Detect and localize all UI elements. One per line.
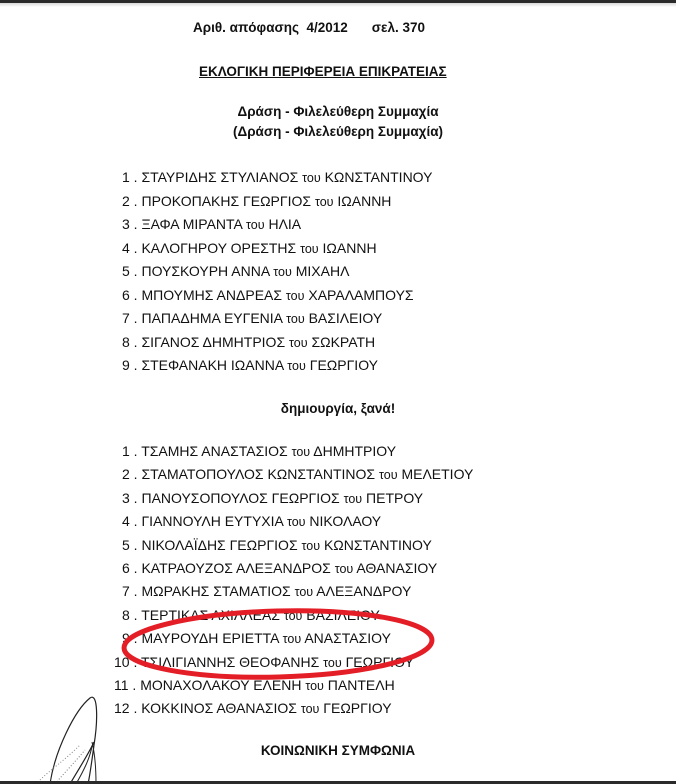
candidate-father-name: ΑΛΕΞΑΝΔΡΟΥ	[316, 583, 411, 599]
candidate-of: του	[302, 539, 321, 553]
candidate-name: ΣΤΕΦΑΝΑΚΗ ΙΩΑΝΝΑ	[141, 357, 283, 373]
candidate-of: του	[315, 195, 334, 209]
candidate-number: 7	[122, 310, 130, 326]
candidate-of: του	[305, 679, 324, 693]
page-number: σελ. 370	[372, 20, 425, 35]
candidate-item: 3 . ΞΑΦΑ ΜΙΡΑΝΤΑ του ΗΛΙΑ	[122, 216, 301, 233]
decision-number: Αριθ. απόφασης 4/2012	[193, 20, 348, 35]
candidate-item: 10 . ΤΣΙΛΙΓΙΑΝΝΗΣ ΘΕΟΦΑΝΗΣ του ΓΕΩΡΓΙΟΥ	[114, 654, 414, 671]
candidate-number: 6	[122, 287, 130, 303]
candidate-of: του	[286, 312, 305, 326]
party-title-2: δημιουργία, ξανά!	[0, 401, 676, 416]
candidate-item: 5 . ΝΙΚΟΛΑΪΔΗΣ ΓΕΩΡΓΙΟΣ του ΚΩΝΣΤΑΝΤΙΝΟΥ	[122, 537, 432, 554]
candidate-father-name: ΚΩΝΣΤΑΝΤΙΝΟΥ	[325, 169, 433, 185]
candidate-father-name: ΔΗΜΗΤΡΙΟΥ	[313, 443, 396, 459]
candidate-name: ΓΙΑΝΝΟΥΛΗ ΕΥΤΥΧΙΑ	[141, 513, 283, 529]
candidate-item: 4 . ΓΙΑΝΝΟΥΛΗ ΕΥΤΥΧΙΑ του ΝΙΚΟΛΑΟΥ	[122, 513, 381, 530]
candidate-number: 2	[122, 466, 130, 482]
candidate-number: 8	[122, 334, 130, 350]
candidate-number: 10	[114, 654, 130, 670]
candidate-item: 7 . ΠΑΠΑΔΗΜΑ ΕΥΓΕΝΙΑ του ΒΑΣΙΛΕΙΟΥ	[122, 310, 382, 327]
candidate-name: ΝΙΚΟΛΑΪΔΗΣ ΓΕΩΡΓΙΟΣ	[141, 537, 297, 553]
page-top-shadow	[0, 3, 676, 7]
candidate-father-name: ΜΕΛΕΤΙΟΥ	[401, 466, 473, 482]
candidate-father-name: ΜΙΧΑΗΛ	[296, 263, 350, 279]
candidate-name: ΠΟΥΣΚΟΥΡΗ ΑΝΝΑ	[141, 263, 269, 279]
candidate-father-name: ΙΩΑΝΝΗ	[337, 193, 391, 209]
party-title-1: Δράση - Φιλελεύθερη Συμμαχία	[0, 104, 676, 119]
candidate-of: του	[292, 445, 311, 459]
candidate-name: ΤΣΑΜΗΣ ΑΝΑΣΤΑΣΙΟΣ	[141, 443, 287, 459]
candidate-father-name: ΚΩΝΣΤΑΝΤΙΝΟΥ	[324, 537, 432, 553]
candidate-name: ΚΑΛΟΓΗΡΟΥ ΟΡΕΣΤΗΣ	[141, 240, 296, 256]
candidate-item: 5 . ΠΟΥΣΚΟΥΡΗ ΑΝΝΑ του ΜΙΧΑΗΛ	[122, 263, 349, 280]
candidate-item: 12 . ΚΟΚΚΙΝΟΣ ΑΘΑΝΑΣΙΟΣ του ΓΕΩΡΓΙΟΥ	[114, 700, 392, 717]
candidate-father-name: ΓΕΩΡΓΙΟΥ	[323, 700, 391, 716]
signature-icon	[30, 690, 110, 784]
candidate-name: ΜΩΡΑΚΗΣ ΣΤΑΜΑΤΙΟΣ	[141, 583, 290, 599]
candidate-item: 11 . ΜΟΝΑΧΟΛΑΚΟΥ ΕΛΕΝΗ του ΠΑΝΤΕΛΗ	[114, 677, 395, 694]
candidate-number: 5	[122, 263, 130, 279]
candidate-item: 2 . ΣΤΑΜΑΤΟΠΟΥΛΟΣ ΚΩΝΣΤΑΝΤΙΝΟΣ του ΜΕΛΕΤ…	[122, 466, 473, 483]
candidate-number: 9	[122, 357, 130, 373]
candidate-number: 1	[122, 169, 130, 185]
candidate-number: 9	[122, 630, 130, 646]
document-header: Αριθ. απόφασης 4/2012σελ. 370	[193, 20, 425, 35]
candidate-of: του	[295, 585, 314, 599]
candidate-number: 3	[122, 216, 130, 232]
candidate-of: του	[379, 468, 398, 482]
district-title: ΕΚΛΟΓΙΚΗ ΠΕΡΙΦΕΡΕΙΑ ΕΠΙΚΡΑΤΕΙΑΣ	[199, 64, 447, 79]
candidate-father-name: ΣΩΚΡΑΤΗ	[311, 334, 375, 350]
candidate-name: ΣΤΑΥΡΙΔΗΣ ΣΤΥΛΙΑΝΟΣ	[141, 169, 298, 185]
candidate-item: 8 . ΣΙΓΑΝΟΣ ΔΗΜΗΤΡΙΟΣ του ΣΩΚΡΑΤΗ	[122, 334, 375, 351]
candidate-name: ΠΡΟΚΟΠΑΚΗΣ ΓΕΩΡΓΙΟΣ	[141, 193, 311, 209]
candidate-of: του	[273, 265, 292, 279]
candidate-item: 8 . ΤΕΡΤΙΚΑΣ ΑΧΙΛΛΕΑΣ του ΒΑΣΙΛΕΙΟΥ	[122, 607, 380, 624]
candidate-number: 8	[122, 607, 130, 623]
candidate-of: του	[246, 218, 265, 232]
candidate-item: 9 . ΜΑΥΡΟΥΔΗ ΕΡΙΕΤΤΑ του ΑΝΑΣΤΑΣΙΟΥ	[122, 630, 391, 647]
candidate-name: ΣΙΓΑΝΟΣ ΔΗΜΗΤΡΙΟΣ	[141, 334, 285, 350]
candidate-item: 2 . ΠΡΟΚΟΠΑΚΗΣ ΓΕΩΡΓΙΟΣ του ΙΩΑΝΝΗ	[122, 193, 391, 210]
candidate-item: 1 . ΣΤΑΥΡΙΔΗΣ ΣΤΥΛΙΑΝΟΣ του ΚΩΝΣΤΑΝΤΙΝΟΥ	[122, 169, 432, 186]
candidate-of: του	[344, 492, 363, 506]
candidate-father-name: ΠΕΤΡΟΥ	[366, 490, 423, 506]
candidate-name: ΞΑΦΑ ΜΙΡΑΝΤΑ	[141, 216, 242, 232]
candidate-of: του	[286, 289, 305, 303]
candidate-name: ΠΑΠΑΔΗΜΑ ΕΥΓΕΝΙΑ	[141, 310, 282, 326]
candidate-father-name: ΠΑΝΤΕΛΗ	[328, 677, 395, 693]
candidate-item: 6 . ΜΠΟΥΜΗΣ ΑΝΔΡΕΑΣ του ΧΑΡΑΛΑΜΠΟΥΣ	[122, 287, 414, 304]
candidate-father-name: ΒΑΣΙΛΕΙΟΥ	[309, 310, 383, 326]
candidate-number: 7	[122, 583, 130, 599]
candidate-item: 9 . ΣΤΕΦΑΝΑΚΗ ΙΩΑΝΝΑ του ΓΕΩΡΓΙΟΥ	[122, 357, 378, 374]
candidate-item: 6 . ΚΑΤΡΑΟΥΖΟΣ ΑΛΕΞΑΝΔΡΟΣ του ΑΘΑΝΑΣΙΟΥ	[122, 560, 437, 577]
candidate-item: 1 . ΤΣΑΜΗΣ ΑΝΑΣΤΑΣΙΟΣ του ΔΗΜΗΤΡΙΟΥ	[122, 443, 396, 460]
candidate-item: 4 . ΚΑΛΟΓΗΡΟΥ ΟΡΕΣΤΗΣ του ΙΩΑΝΝΗ	[122, 240, 377, 257]
candidate-name: ΠΑΝΟΥΣΟΠΟΥΛΟΣ ΓΕΩΡΓΙΟΣ	[141, 490, 339, 506]
candidate-father-name: ΝΙΚΟΛΑΟΥ	[309, 513, 381, 529]
candidate-number: 4	[122, 240, 130, 256]
candidate-number: 1	[122, 443, 130, 459]
candidate-name: ΤΕΡΤΙΚΑΣ ΑΧΙΛΛΕΑΣ	[141, 607, 280, 623]
candidate-of: του	[283, 632, 302, 646]
candidate-father-name: ΑΘΑΝΑΣΙΟΥ	[356, 560, 437, 576]
candidate-number: 5	[122, 537, 130, 553]
candidate-father-name: ΓΕΩΡΓΙΟΥ	[310, 357, 378, 373]
candidate-of: του	[287, 515, 306, 529]
candidate-number: 12	[114, 700, 130, 716]
candidate-father-name: ΙΩΑΝΝΗ	[323, 240, 377, 256]
candidate-name: ΣΤΑΜΑΤΟΠΟΥΛΟΣ ΚΩΝΣΤΑΝΤΙΝΟΣ	[141, 466, 375, 482]
candidate-number: 11	[114, 677, 129, 693]
candidate-name: ΚΑΤΡΑΟΥΖΟΣ ΑΛΕΞΑΝΔΡΟΣ	[141, 560, 330, 576]
candidate-father-name: ΒΑΣΙΛΕΙΟΥ	[306, 607, 380, 623]
candidate-name: ΜΑΥΡΟΥΔΗ ΕΡΙΕΤΤΑ	[141, 630, 278, 646]
candidate-number: 2	[122, 193, 130, 209]
candidate-of: του	[335, 562, 354, 576]
candidate-father-name: ΧΑΡΑΛΑΜΠΟΥΣ	[308, 287, 413, 303]
candidate-name: ΤΣΙΛΙΓΙΑΝΝΗΣ ΘΕΟΦΑΝΗΣ	[141, 654, 319, 670]
candidate-number: 6	[122, 560, 130, 576]
candidate-of: του	[284, 609, 303, 623]
candidate-of: του	[287, 359, 306, 373]
candidate-father-name: ΑΝΑΣΤΑΣΙΟΥ	[304, 630, 391, 646]
candidate-name: ΜΠΟΥΜΗΣ ΑΝΔΡΕΑΣ	[141, 287, 282, 303]
candidate-name: ΜΟΝΑΧΟΛΑΚΟΥ ΕΛΕΝΗ	[140, 677, 301, 693]
candidate-of: του	[323, 656, 342, 670]
candidate-number: 4	[122, 513, 130, 529]
candidate-of: του	[300, 242, 319, 256]
candidate-father-name: ΗΛΙΑ	[268, 216, 301, 232]
candidate-number: 3	[122, 490, 130, 506]
party-subtitle-1: (Δράση - Φιλελεύθερη Συμμαχία)	[0, 124, 676, 139]
candidate-of: του	[289, 336, 308, 350]
candidate-item: 7 . ΜΩΡΑΚΗΣ ΣΤΑΜΑΤΙΟΣ του ΑΛΕΞΑΝΔΡΟΥ	[122, 583, 411, 600]
candidate-of: του	[302, 171, 321, 185]
candidate-name: ΚΟΚΚΙΝΟΣ ΑΘΑΝΑΣΙΟΣ	[141, 700, 297, 716]
candidate-of: του	[301, 702, 320, 716]
candidate-item: 3 . ΠΑΝΟΥΣΟΠΟΥΛΟΣ ΓΕΩΡΓΙΟΣ του ΠΕΤΡΟΥ	[122, 490, 423, 507]
candidate-father-name: ΓΕΩΡΓΙΟΥ	[346, 654, 414, 670]
